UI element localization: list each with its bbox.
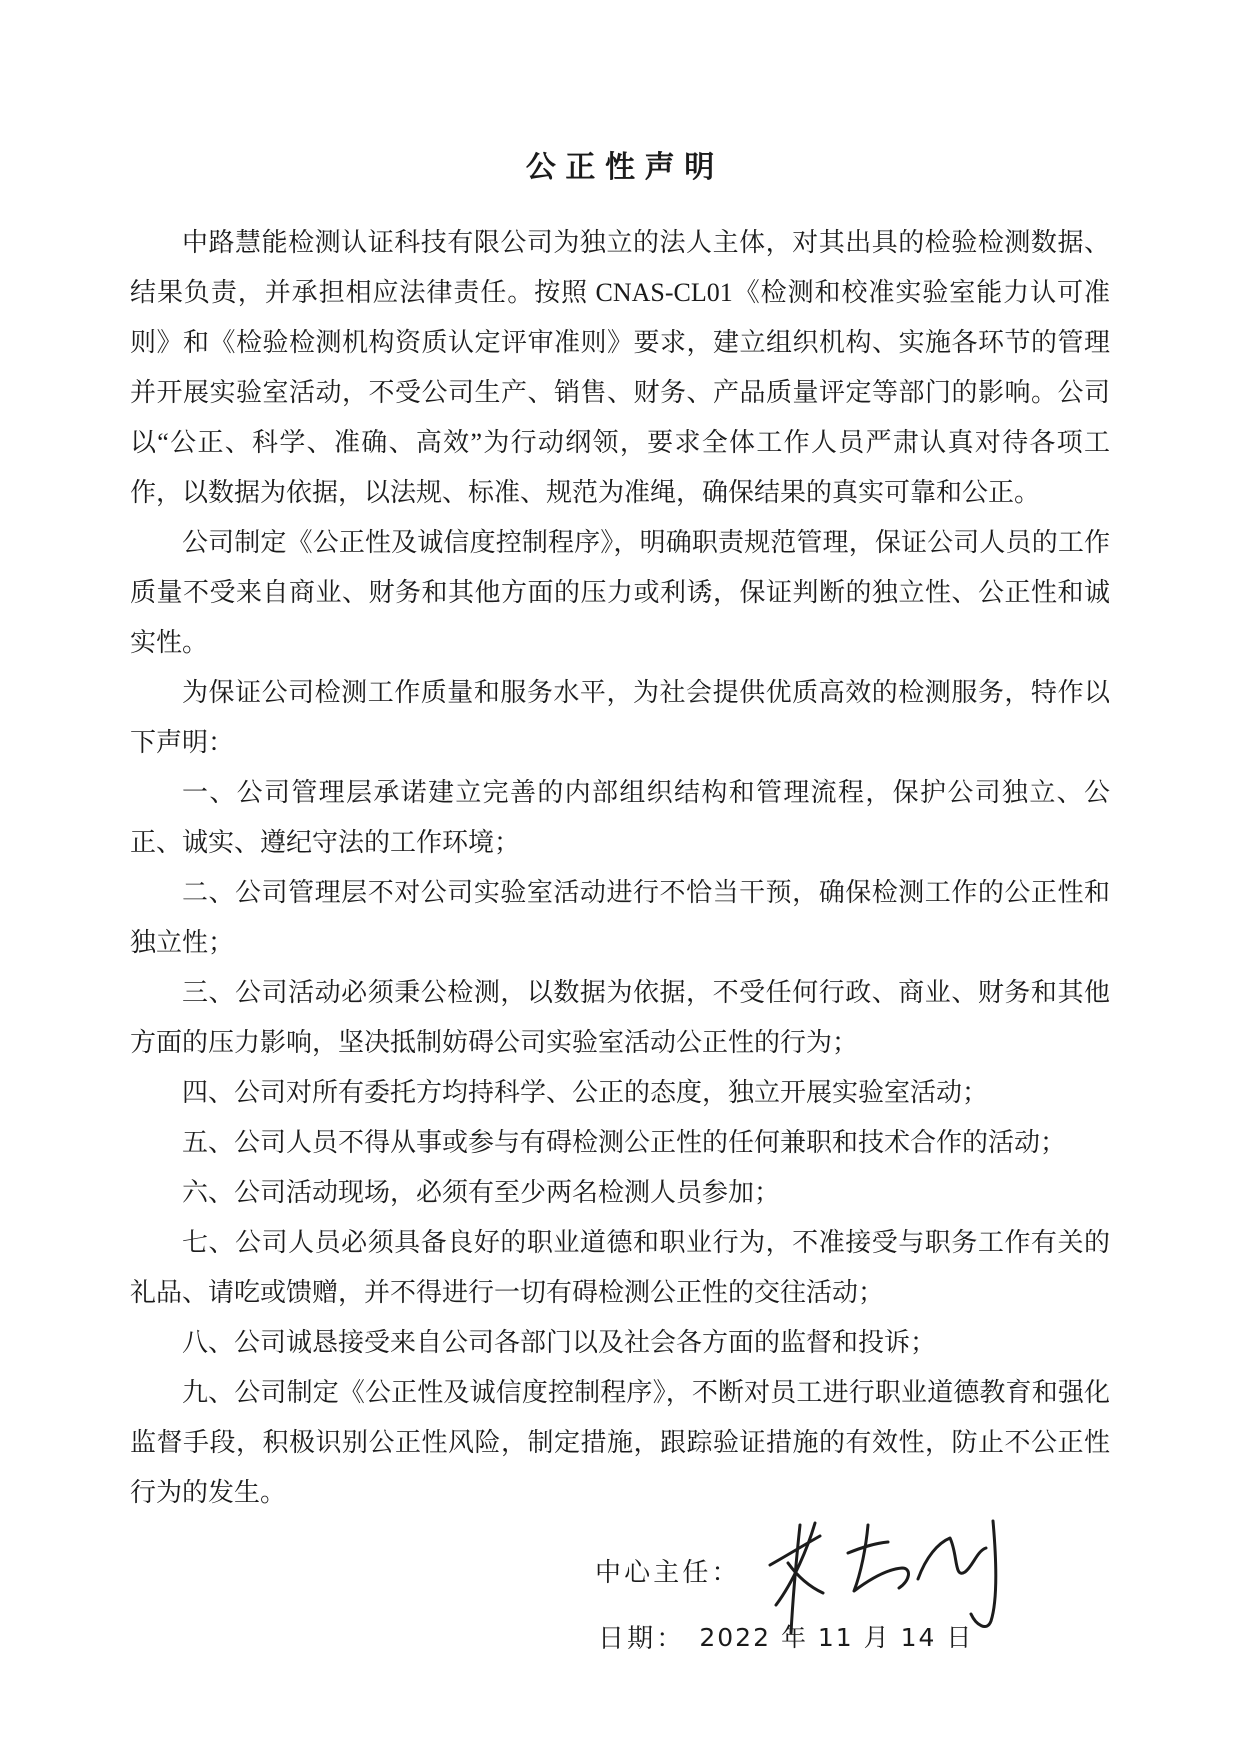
document-title: 公正性声明	[0, 0, 1240, 186]
clause-1: 一、公司管理层承诺建立完善的内部组织结构和管理流程，保护公司独立、公正、诚实、遵…	[130, 768, 1110, 868]
clause-3: 三、公司活动必须秉公检测，以数据为依据，不受任何行政、商业、财务和其他方面的压力…	[130, 968, 1110, 1068]
clause-7: 七、公司人员必须具备良好的职业道德和职业行为，不准接受与职务工作有关的礼品、请吃…	[130, 1218, 1110, 1318]
clause-9: 九、公司制定《公正性及诚信度控制程序》，不断对员工进行职业道德教育和强化监督手段…	[130, 1368, 1110, 1518]
clause-6: 六、公司活动现场，必须有至少两名检测人员参加；	[130, 1168, 1110, 1218]
paragraph-intro: 中路慧能检测认证科技有限公司为独立的法人主体，对其出具的检验检测数据、结果负责，…	[130, 218, 1110, 518]
clause-2: 二、公司管理层不对公司实验室活动进行不恰当干预，确保检测工作的公正性和独立性；	[130, 868, 1110, 968]
signature-handwriting	[760, 1511, 1020, 1646]
signature-label: 中心主任：	[595, 1552, 741, 1589]
date-label: 日期：	[598, 1618, 685, 1655]
signature-row: 中心主任：	[595, 1523, 1240, 1618]
clause-4: 四、公司对所有委托方均持科学、公正的态度，独立开展实验室活动；	[130, 1068, 1110, 1118]
document-body: 中路慧能检测认证科技有限公司为独立的法人主体，对其出具的检验检测数据、结果负责，…	[130, 218, 1110, 1518]
paragraph-declaration-lead: 为保证公司检测工作质量和服务水平，为社会提供优质高效的检测服务，特作以下声明：	[130, 668, 1110, 768]
document-page: 公正性声明 中路慧能检测认证科技有限公司为独立的法人主体，对其出具的检验检测数据…	[0, 0, 1240, 1754]
paragraph-program: 公司制定《公正性及诚信度控制程序》，明确职责规范管理，保证公司人员的工作质量不受…	[130, 518, 1110, 668]
clause-5: 五、公司人员不得从事或参与有碍检测公正性的任何兼职和技术合作的活动；	[130, 1118, 1110, 1168]
clause-8: 八、公司诚恳接受来自公司各部门以及社会各方面的监督和投诉；	[130, 1318, 1110, 1368]
